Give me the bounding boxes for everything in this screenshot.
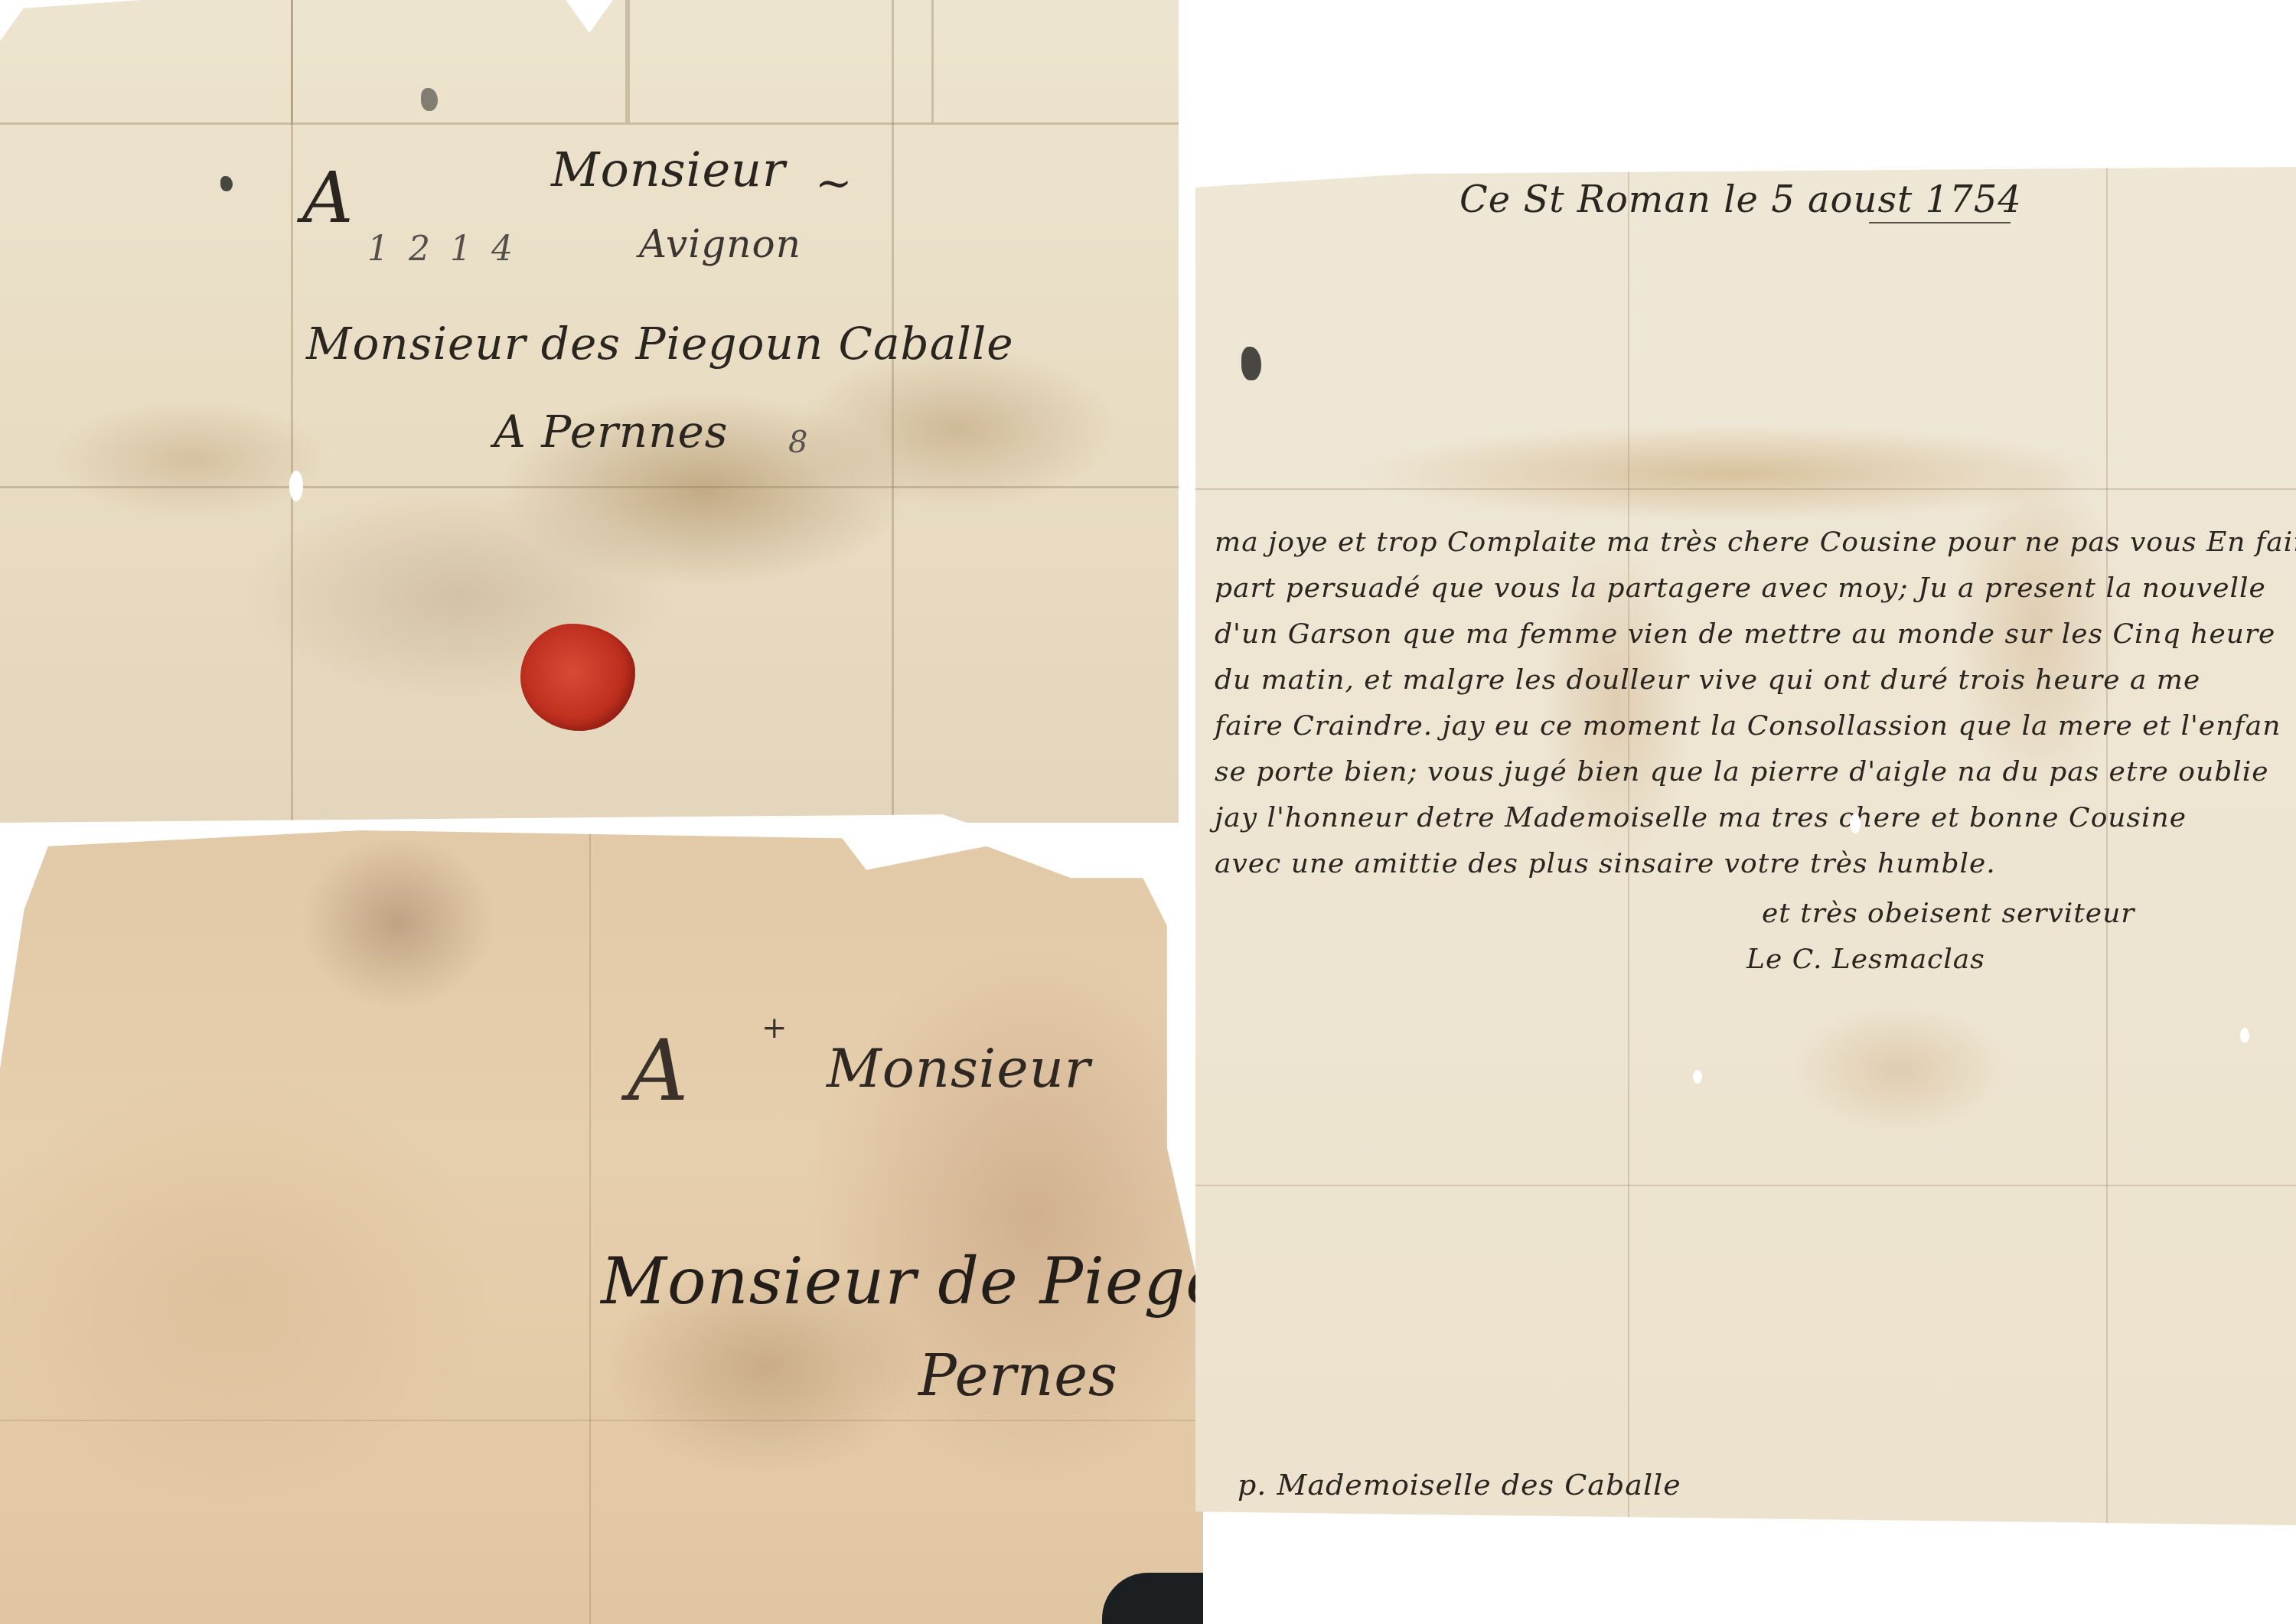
envelope-town: Pernes xyxy=(918,1343,1118,1409)
heading-underline xyxy=(1869,222,2011,223)
address-flourish: ~ xyxy=(815,157,853,209)
fold-line xyxy=(1195,1185,2296,1186)
letter-line: se porte bien; vous jugé bien que la pie… xyxy=(1215,756,2269,788)
addressee-name: Monsieur des Piegoun Caballe xyxy=(306,318,1014,370)
fold-line xyxy=(2106,167,2108,1525)
letter-sheet: Ce St Roman le 5 aoust 1754 ma joye et t… xyxy=(1195,167,2296,1525)
letter-line: avec une amittie des plus sinsaire votre… xyxy=(1215,848,1996,879)
letter-line: part persuadé que vous la partagere avec… xyxy=(1215,572,2266,604)
fold-line xyxy=(1628,167,1629,1525)
paper-hole xyxy=(2240,1028,2249,1043)
letter-line: d'un Garson que ma femme vien de mettre … xyxy=(1215,618,2275,650)
wax-seal xyxy=(520,624,635,731)
ink-blot xyxy=(220,176,233,191)
footer-address: p. Mademoiselle des Caballe xyxy=(1238,1468,1681,1502)
letter-signature: Le C. Lesmaclas xyxy=(1746,944,1985,975)
paper-hole xyxy=(1693,1070,1702,1084)
fold-flap xyxy=(628,0,934,122)
struck-number: 1 2 1 4 xyxy=(367,230,517,269)
address-city: Avignon xyxy=(639,222,801,266)
cross-mark: + xyxy=(762,1010,788,1045)
fold-line xyxy=(589,830,591,1624)
salutation-mark: A xyxy=(302,157,354,239)
postal-mark: 8 xyxy=(788,425,808,460)
fold-line xyxy=(0,486,1179,488)
letter-line: faire Craindre. jay eu ce moment la Cons… xyxy=(1215,710,2281,742)
letter-line: ma joye et trop Complaite ma très chere … xyxy=(1215,527,2296,558)
envelope-addressee: Monsieur de Piegon xyxy=(601,1244,1203,1319)
paper-hole xyxy=(289,471,303,501)
address-line-monsieur: Monsieur xyxy=(551,142,786,197)
fold-line xyxy=(0,122,1179,125)
envelope-salutation: A xyxy=(628,1022,689,1120)
envelope-line-monsieur: Monsieur xyxy=(827,1037,1091,1100)
ink-blot xyxy=(421,88,438,111)
letter-line: du matin, et malgre les doulleur vive qu… xyxy=(1215,664,2200,696)
fold-line xyxy=(1195,488,2296,490)
letter-line: jay l'honneur detre Mademoiselle ma tres… xyxy=(1215,802,2187,833)
cover-letter-sheet: A Monsieur ~ Avignon 1 2 1 4 Monsieur de… xyxy=(0,0,1179,823)
fold-flap xyxy=(291,0,628,122)
letter-heading: Ce St Roman le 5 aoust 1754 xyxy=(1459,178,2022,221)
envelope-sheet: A + Monsieur Monsieur de Piegon Pernes xyxy=(0,830,1203,1624)
destination-town: A Pernnes xyxy=(494,406,729,458)
fold-line xyxy=(0,1420,1203,1421)
letter-closing: et très obeisent serviteur xyxy=(1762,898,2135,929)
ink-blot xyxy=(1241,347,1261,380)
paper-hole xyxy=(1850,814,1861,833)
